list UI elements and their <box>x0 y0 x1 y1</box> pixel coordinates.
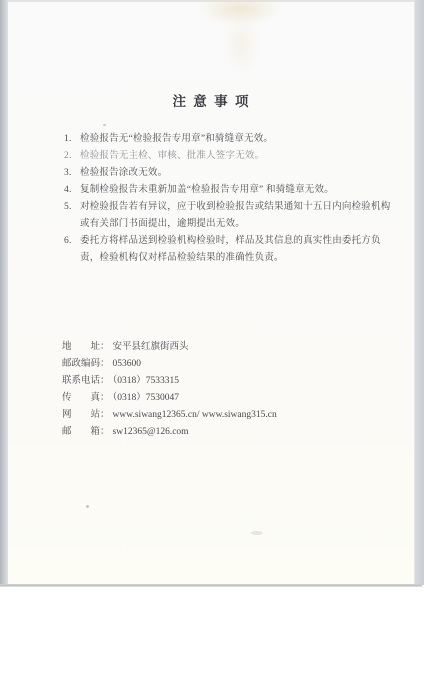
scanned-document: 注 意 事 项 1. 检验报告无“检验报告专用章”和骑缝章无效。 2. 检验报告… <box>0 0 424 700</box>
notice-item: 4. 复制检验报告未重新加盖“检验报告专用章” 和骑缝章无效。 <box>64 182 392 199</box>
scan-speck <box>86 505 89 508</box>
contact-row-postcode: 邮政编码：053600 <box>62 356 277 373</box>
notice-number: 5. <box>64 199 80 233</box>
notice-item: 5. 对检验报告若有异议，应于收到检验报告或结果通知十五日内向检验机构或有关部门… <box>64 199 392 233</box>
contact-label: 传 真： <box>62 393 110 403</box>
contact-label: 邮 箱： <box>62 427 110 437</box>
notice-text: 检验报告涂改无效。 <box>80 165 392 182</box>
notice-list: 1. 检验报告无“检验报告专用章”和骑缝章无效。 2. 检验报告无主检、审核、批… <box>64 131 392 267</box>
notice-number: 6. <box>64 233 80 267</box>
scan-stain <box>222 14 262 76</box>
contact-label: 地 址： <box>62 342 110 352</box>
notice-number: 2. <box>64 148 80 165</box>
page-bottom-edge <box>0 584 422 587</box>
contact-row-website: 网 站：www.siwang12365.cn/ www.siwang315.cn <box>62 407 277 424</box>
contact-value: 安平县红旗街西头 <box>110 342 189 352</box>
scan-speck <box>103 124 106 126</box>
notice-text: 对检验报告若有异议，应于收到检验报告或结果通知十五日内向检验机构或有关部门书面提… <box>80 199 392 233</box>
contact-value: （0318）7530047 <box>110 393 180 403</box>
notice-item: 3. 检验报告涂改无效。 <box>64 165 392 182</box>
notice-number: 1. <box>64 131 80 148</box>
contact-row-fax: 传 真：（0318）7530047 <box>62 390 277 407</box>
scanner-edge-left <box>0 0 8 585</box>
notice-text: 复制检验报告未重新加盖“检验报告专用章” 和骑缝章无效。 <box>80 182 392 199</box>
notice-number: 4. <box>64 182 80 199</box>
document-page: 注 意 事 项 1. 检验报告无“检验报告专用章”和骑缝章无效。 2. 检验报告… <box>8 0 415 586</box>
contact-block: 地 址：安平县红旗街西头 邮政编码：053600 联系电话：（0318）7533… <box>62 339 277 441</box>
contact-value: （0318）7533315 <box>110 376 180 386</box>
contact-label: 邮政编码： <box>62 359 110 369</box>
scanner-edge-right <box>414 0 424 585</box>
notice-text: 委托方将样品送到检验机构检验时，样品及其信息的真实性由委托方负责，检验机构仅对样… <box>80 233 392 267</box>
contact-value: 053600 <box>110 359 142 369</box>
contact-value: www.siwang12365.cn/ www.siwang315.cn <box>110 410 277 420</box>
page-title: 注 意 事 项 <box>8 90 415 110</box>
contact-label: 联系电话： <box>62 376 110 386</box>
notice-item: 2. 检验报告无主检、审核、批准人签字无效。 <box>64 148 392 165</box>
contact-label: 网 站： <box>62 410 110 420</box>
contact-row-phone: 联系电话：（0318）7533315 <box>62 373 277 390</box>
contact-row-address: 地 址：安平县红旗街西头 <box>62 339 277 356</box>
scan-speck <box>251 531 263 535</box>
notice-number: 3. <box>64 165 80 182</box>
contact-value: sw12365@126.com <box>110 427 189 437</box>
contact-row-email: 邮 箱：sw12365@126.com <box>62 424 277 441</box>
notice-item: 1. 检验报告无“检验报告专用章”和骑缝章无效。 <box>64 131 392 148</box>
notice-text: 检验报告无主检、审核、批准人签字无效。 <box>80 148 392 165</box>
notice-item: 6. 委托方将样品送到检验机构检验时，样品及其信息的真实性由委托方负责，检验机构… <box>64 233 392 267</box>
notice-text: 检验报告无“检验报告专用章”和骑缝章无效。 <box>80 131 392 148</box>
